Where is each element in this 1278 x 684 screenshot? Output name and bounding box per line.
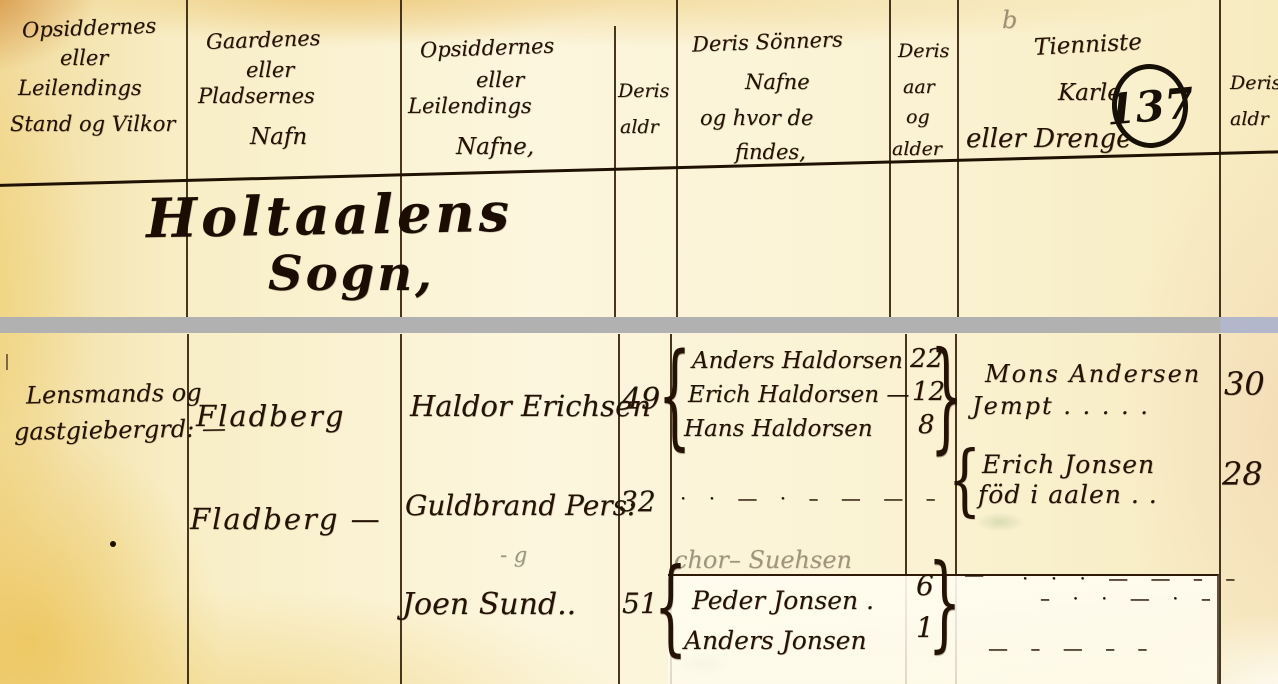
curly-brace-left: {: [948, 442, 981, 520]
row1-stand-line: gastgiebergrd: —: [14, 416, 226, 444]
header-col4-line: aldr: [620, 118, 659, 137]
header-underline: [0, 150, 1278, 187]
row1-stand-line: Lensmands og: [26, 380, 202, 407]
row2-occupant-age: 32: [620, 488, 656, 516]
ditto-dashes: —: [964, 562, 992, 586]
column-rule: [1219, 0, 1221, 318]
header-col7-line: eller Drenge: [966, 126, 1132, 152]
header-col6-line: alder: [892, 140, 942, 159]
row3-occupant-name: Joen Sund..: [402, 590, 576, 620]
column-rule: [676, 0, 678, 318]
row3-faint-overwritten-text: chor– Suehsen: [674, 548, 852, 572]
header-col2-line: Gaardenes: [206, 28, 321, 53]
header-col4-line: Deris: [618, 82, 669, 101]
header-col5-line: findes,: [735, 142, 806, 163]
row1-servant-line: Mons Andersen: [985, 362, 1201, 386]
row2-servant-line: Erich Jonsen: [982, 452, 1155, 477]
header-col5-line: Deris Sönners: [692, 29, 843, 55]
splice-band: [0, 317, 1278, 333]
header-col6-line: og: [906, 108, 930, 127]
row1-son-name: Anders Haldorsen: [692, 350, 903, 373]
ditto-dashes: — – — – –: [988, 636, 1155, 660]
header-col3-line: Leilendings: [408, 96, 532, 117]
header-col6-line: Deris: [898, 42, 949, 61]
row1-servant-line: Jempt . . . . .: [972, 394, 1150, 418]
header-col3-line: eller: [476, 70, 524, 91]
curly-brace-right: }: [928, 552, 961, 656]
header-col1-line: Leilendings: [18, 78, 142, 99]
row1-servant-age: 30: [1224, 368, 1265, 400]
header-col2-line: Pladsernes: [198, 86, 315, 107]
row2-servant-line: föd i aalen . .: [978, 482, 1158, 507]
header-col7-line: Tienniste: [1033, 31, 1142, 60]
column-rule: [186, 0, 188, 318]
row1-occupant-name: Haldor Erichsen: [410, 392, 651, 421]
header-col6-line: aar: [903, 78, 935, 97]
header-col3-line: Opsiddernes: [420, 36, 555, 62]
row3-occupant-age: 51: [622, 590, 658, 618]
row3-abbreviation-mark: - g: [500, 545, 527, 566]
page-number: 137: [1104, 78, 1196, 134]
column-rule: [400, 334, 402, 684]
column-rule: [889, 0, 891, 318]
row1-farm-name: Fladberg: [196, 402, 345, 431]
header-col8-line: Deris: [1230, 74, 1278, 93]
header-col5-line: og hvor de: [700, 108, 813, 129]
margin-tick: [6, 354, 8, 370]
row2-servant-age: 28: [1222, 458, 1263, 490]
column-rule: [614, 26, 616, 318]
ditto-dashes: – · · — · –: [1040, 586, 1219, 610]
header-col2-line: Nafn: [250, 126, 307, 149]
row1-occupant-age: 49: [622, 385, 660, 415]
header-col1-line: eller: [60, 48, 108, 69]
header-col2-line: eller: [246, 60, 294, 81]
curly-brace-left: {: [654, 556, 687, 660]
row3-son-name: Anders Jonsen: [684, 628, 867, 653]
column-rule: [1219, 334, 1221, 684]
register-page-scan: Opsiddernes eller Leilendings Stand og V…: [0, 0, 1278, 684]
header-col1-line: Opsiddernes: [22, 16, 157, 42]
header-col3-line: Nafne,: [456, 136, 534, 159]
header-col1-line: Stand og Vilkor: [10, 114, 175, 135]
row1-son-name: Hans Haldorsen: [684, 418, 873, 441]
header-col8-line: aldr: [1230, 110, 1269, 129]
header-col7-flourish: b: [1002, 8, 1017, 32]
row1-son-name: Erich Haldorsen —: [688, 384, 909, 407]
row2-farm-name: Fladberg —: [190, 505, 382, 534]
ditto-dashes: · · — · – — — –: [680, 486, 944, 510]
section-title-line2: Sogn,: [268, 250, 435, 298]
row3-son-name: Peder Jonsen .: [692, 588, 874, 613]
row2-occupant-name: Guldbrand Pers:: [405, 492, 636, 520]
header-col5-line: Nafne: [745, 72, 810, 93]
section-title-line1: Holtaalens: [146, 185, 514, 245]
ink-dot: [110, 541, 116, 547]
